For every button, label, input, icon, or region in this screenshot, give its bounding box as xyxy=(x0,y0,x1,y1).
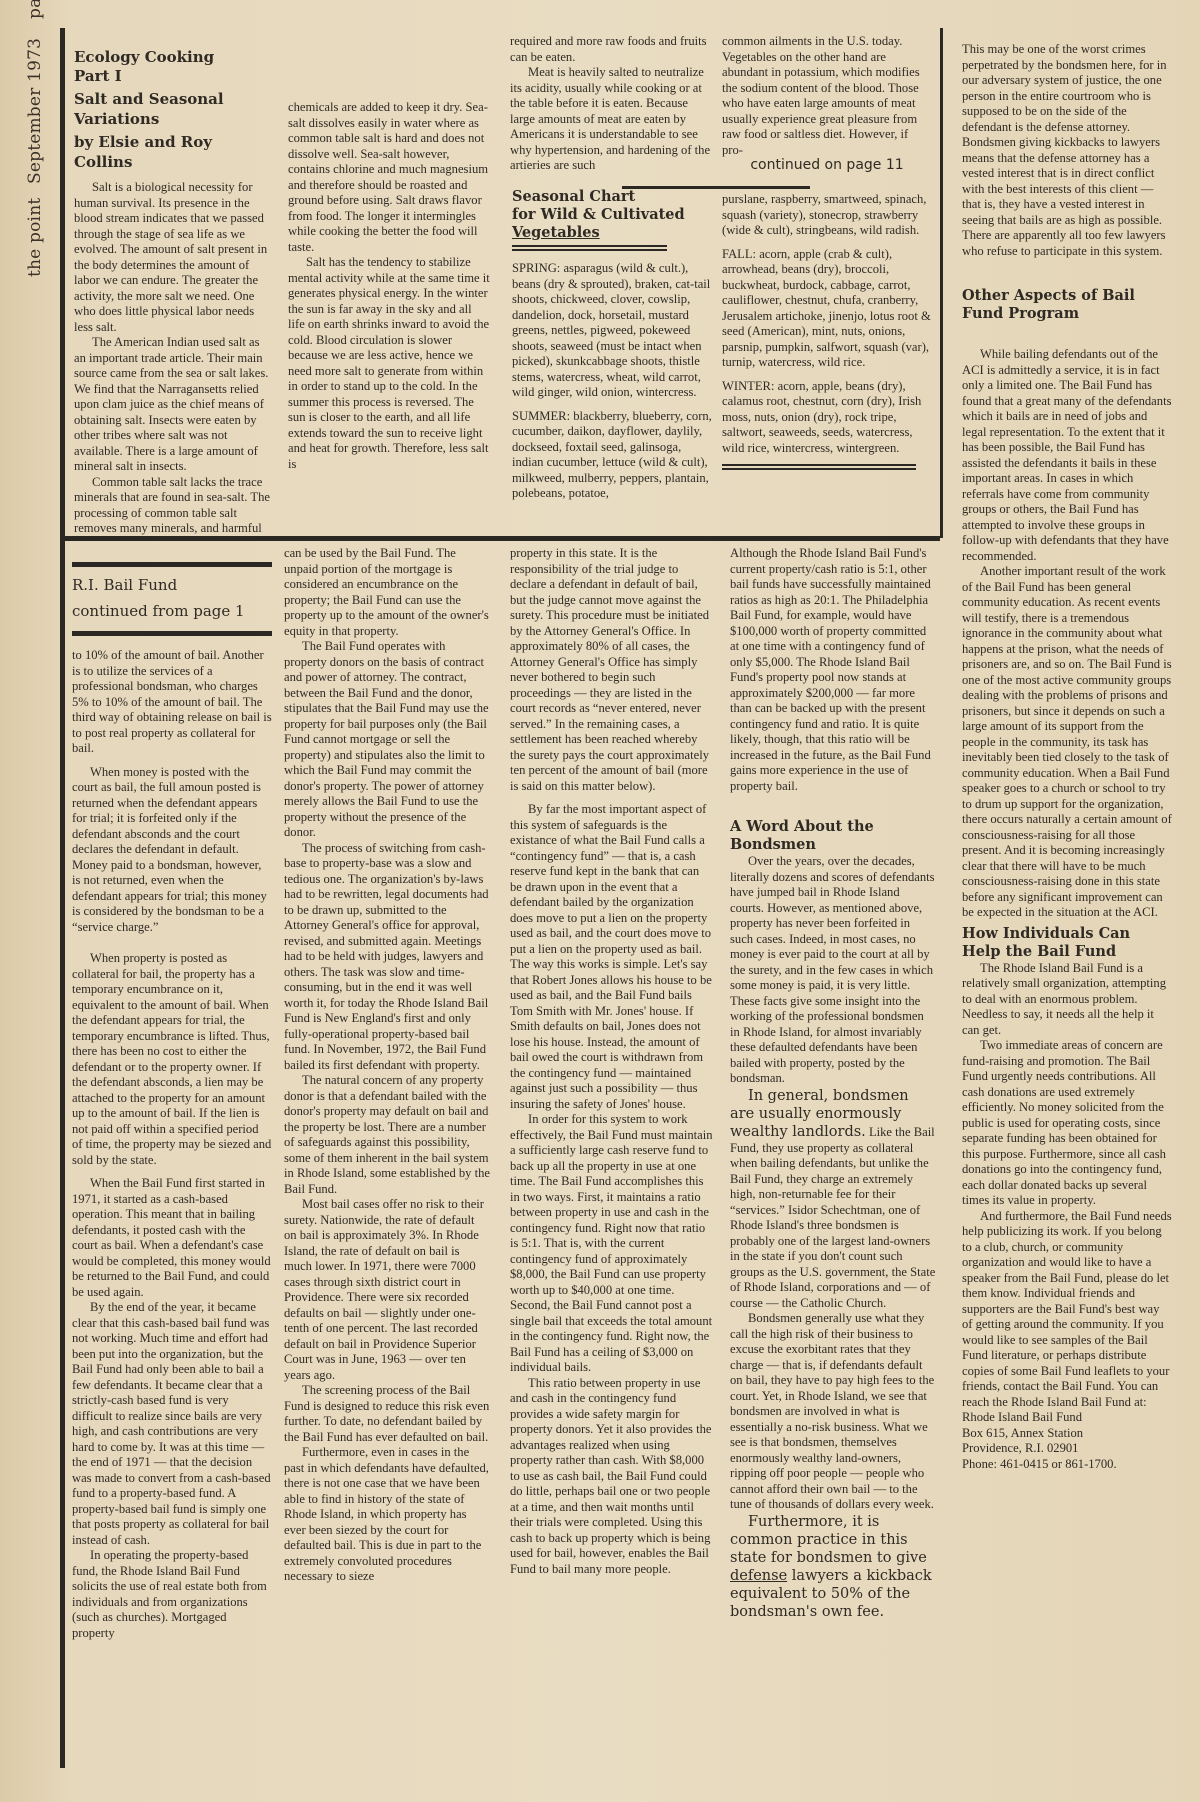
paragraph: By far the most important aspect of this… xyxy=(510,802,714,1112)
paragraph: The Bail Fund operates with property don… xyxy=(284,639,490,841)
paragraph: Common table salt lacks the trace minera… xyxy=(74,475,274,537)
paragraph: Salt is a biological necessity for human… xyxy=(74,180,274,335)
bailfund-column-2: can be used by the Bail Fund. The unpaid… xyxy=(284,546,490,1585)
article-title: Ecology Cooking xyxy=(74,48,274,67)
paragraph: Although the Rhode Island Bail Fund's cu… xyxy=(730,546,936,794)
issue-date: September 1973 xyxy=(25,38,45,184)
section-heading-bondsmen: A Word About the Bondsmen xyxy=(730,818,936,854)
paragraph: The American Indian used salt as an impo… xyxy=(74,335,274,475)
summer-list: SUMMER: blackberry, blueberry, corn, cuc… xyxy=(512,409,712,502)
section-heading-other-aspects: Other Aspects of Bail Fund Program xyxy=(962,287,1172,323)
right-box-rule xyxy=(940,28,943,538)
bailfund-column-3: property in this state. It is the respon… xyxy=(510,546,714,1577)
heading-bottom-rule xyxy=(72,631,272,636)
paragraph: In operating the property-based fund, th… xyxy=(72,1548,272,1641)
paragraph: Bondsmen generally use what they call th… xyxy=(730,1311,936,1513)
article-subtitle: Salt and Seasonal Variations xyxy=(74,89,274,129)
paragraph: Most bail cases offer no risk to their s… xyxy=(284,1197,490,1383)
seasonal-chart-box-2: purslane, raspberry, smartweed, spinach,… xyxy=(722,192,932,470)
page-masthead: the point September 1973 page 4 xyxy=(18,30,52,285)
spring-list: SPRING: asparagus (wild & cult.), beans … xyxy=(512,261,712,401)
ecology-column-3: required and more raw foods and fruits c… xyxy=(510,34,712,174)
ecology-column-1: Ecology Cooking Part I Salt and Seasonal… xyxy=(74,48,274,537)
article-part: Part I xyxy=(74,67,274,86)
right-column: This may be one of the worst crimes perp… xyxy=(962,42,1172,1472)
paragraph: This ratio between property in use and c… xyxy=(510,1376,714,1578)
article-byline: by Elsie and Roy Collins xyxy=(74,132,274,172)
paragraph: The screening process of the Bail Fund i… xyxy=(284,1383,490,1445)
left-border-rule xyxy=(60,28,65,1768)
fall-list: FALL: acorn, apple (crab & cult), arrowh… xyxy=(722,247,932,371)
ecology-column-2: chemicals are added to keep it dry. Sea-… xyxy=(288,100,490,472)
bailfund-title: R.I. Bail Fund xyxy=(72,575,272,595)
paragraph: required and more raw foods and fruits c… xyxy=(510,34,712,65)
summer-list-cont: purslane, raspberry, smartweed, spinach,… xyxy=(722,192,932,239)
top-section-bottom-rule xyxy=(60,536,940,541)
paragraph: While bailing defendants out of the ACI … xyxy=(962,347,1172,564)
bailfund-column-1: R.I. Bail Fund continued from page 1 to … xyxy=(72,562,272,1641)
page-number: page 4 xyxy=(25,0,45,19)
paragraph: Meat is heavily salted to neutralize its… xyxy=(510,65,712,174)
title-double-rule xyxy=(512,245,667,251)
paragraph: The Rhode Island Bail Fund is a relative… xyxy=(962,961,1172,1039)
winter-list: WINTER: acorn, apple, beans (dry), calam… xyxy=(722,379,932,457)
paragraph: And furthermore, the Bail Fund needs hel… xyxy=(962,1209,1172,1411)
paragraph: The natural concern of any property dono… xyxy=(284,1073,490,1197)
address-box: Box 615, Annex Station xyxy=(962,1426,1172,1442)
paragraph: In general, bondsmen are usually enormou… xyxy=(730,1087,936,1312)
paragraph: Two immediate areas of concern are fund-… xyxy=(962,1038,1172,1209)
paragraph: When the Bail Fund first started in 1971… xyxy=(72,1176,272,1300)
paragraph: property in this state. It is the respon… xyxy=(510,546,714,794)
paragraph: In order for this system to work effecti… xyxy=(510,1112,714,1376)
newspaper-page: the point September 1973 page 4 Ecology … xyxy=(0,0,1200,1802)
paragraph: When money is posted with the court as b… xyxy=(72,765,272,936)
bailfund-column-4: Although the Rhode Island Bail Fund's cu… xyxy=(730,546,936,1621)
address-name: Rhode Island Bail Fund xyxy=(962,1410,1172,1426)
paragraph: The process of switching from cash-base … xyxy=(284,841,490,1074)
paragraph: Furthermore, even in cases in the past i… xyxy=(284,1445,490,1585)
paragraph: By the end of the year, it became clear … xyxy=(72,1300,272,1548)
ecology-column-4: common ailments in the U.S. today. Veget… xyxy=(722,34,932,174)
seasonal-chart-box: Seasonal Chart for Wild & Cultivated Veg… xyxy=(512,188,712,502)
continued-from-page-1: continued from page 1 xyxy=(72,601,272,621)
paragraph: can be used by the Bail Fund. The unpaid… xyxy=(284,546,490,639)
paragraph: When property is posted as collateral fo… xyxy=(72,951,272,1168)
paragraph: Another important result of the work of … xyxy=(962,564,1172,921)
paragraph: common ailments in the U.S. today. Veget… xyxy=(722,34,932,158)
paragraph: Salt has the tendency to stabilize menta… xyxy=(288,255,490,472)
address-phone: Phone: 461-0415 or 861-1700. xyxy=(962,1457,1172,1473)
section-heading-how-to-help: How Individuals Can Help the Bail Fund xyxy=(962,925,1172,961)
paragraph: to 10% of the amount of bail. Another is… xyxy=(72,648,272,757)
heading-top-rule xyxy=(72,562,272,567)
contact-address: Rhode Island Bail Fund Box 615, Annex St… xyxy=(962,1410,1172,1472)
paragraph: chemicals are added to keep it dry. Sea-… xyxy=(288,100,490,255)
seasonal-chart-title: Seasonal Chart for Wild & Cultivated Veg… xyxy=(512,188,712,242)
address-city: Providence, R.I. 02901 xyxy=(962,1441,1172,1457)
publication-name: the point xyxy=(25,198,45,277)
seasonal-bottom-double-rule xyxy=(722,464,916,470)
closing-paragraph: Furthermore, it is common practice in th… xyxy=(730,1513,936,1621)
paragraph: This may be one of the worst crimes perp… xyxy=(962,42,1172,259)
paragraph: Over the years, over the decades, litera… xyxy=(730,854,936,1087)
continued-on-page-11: continued on page 11 xyxy=(722,158,932,174)
